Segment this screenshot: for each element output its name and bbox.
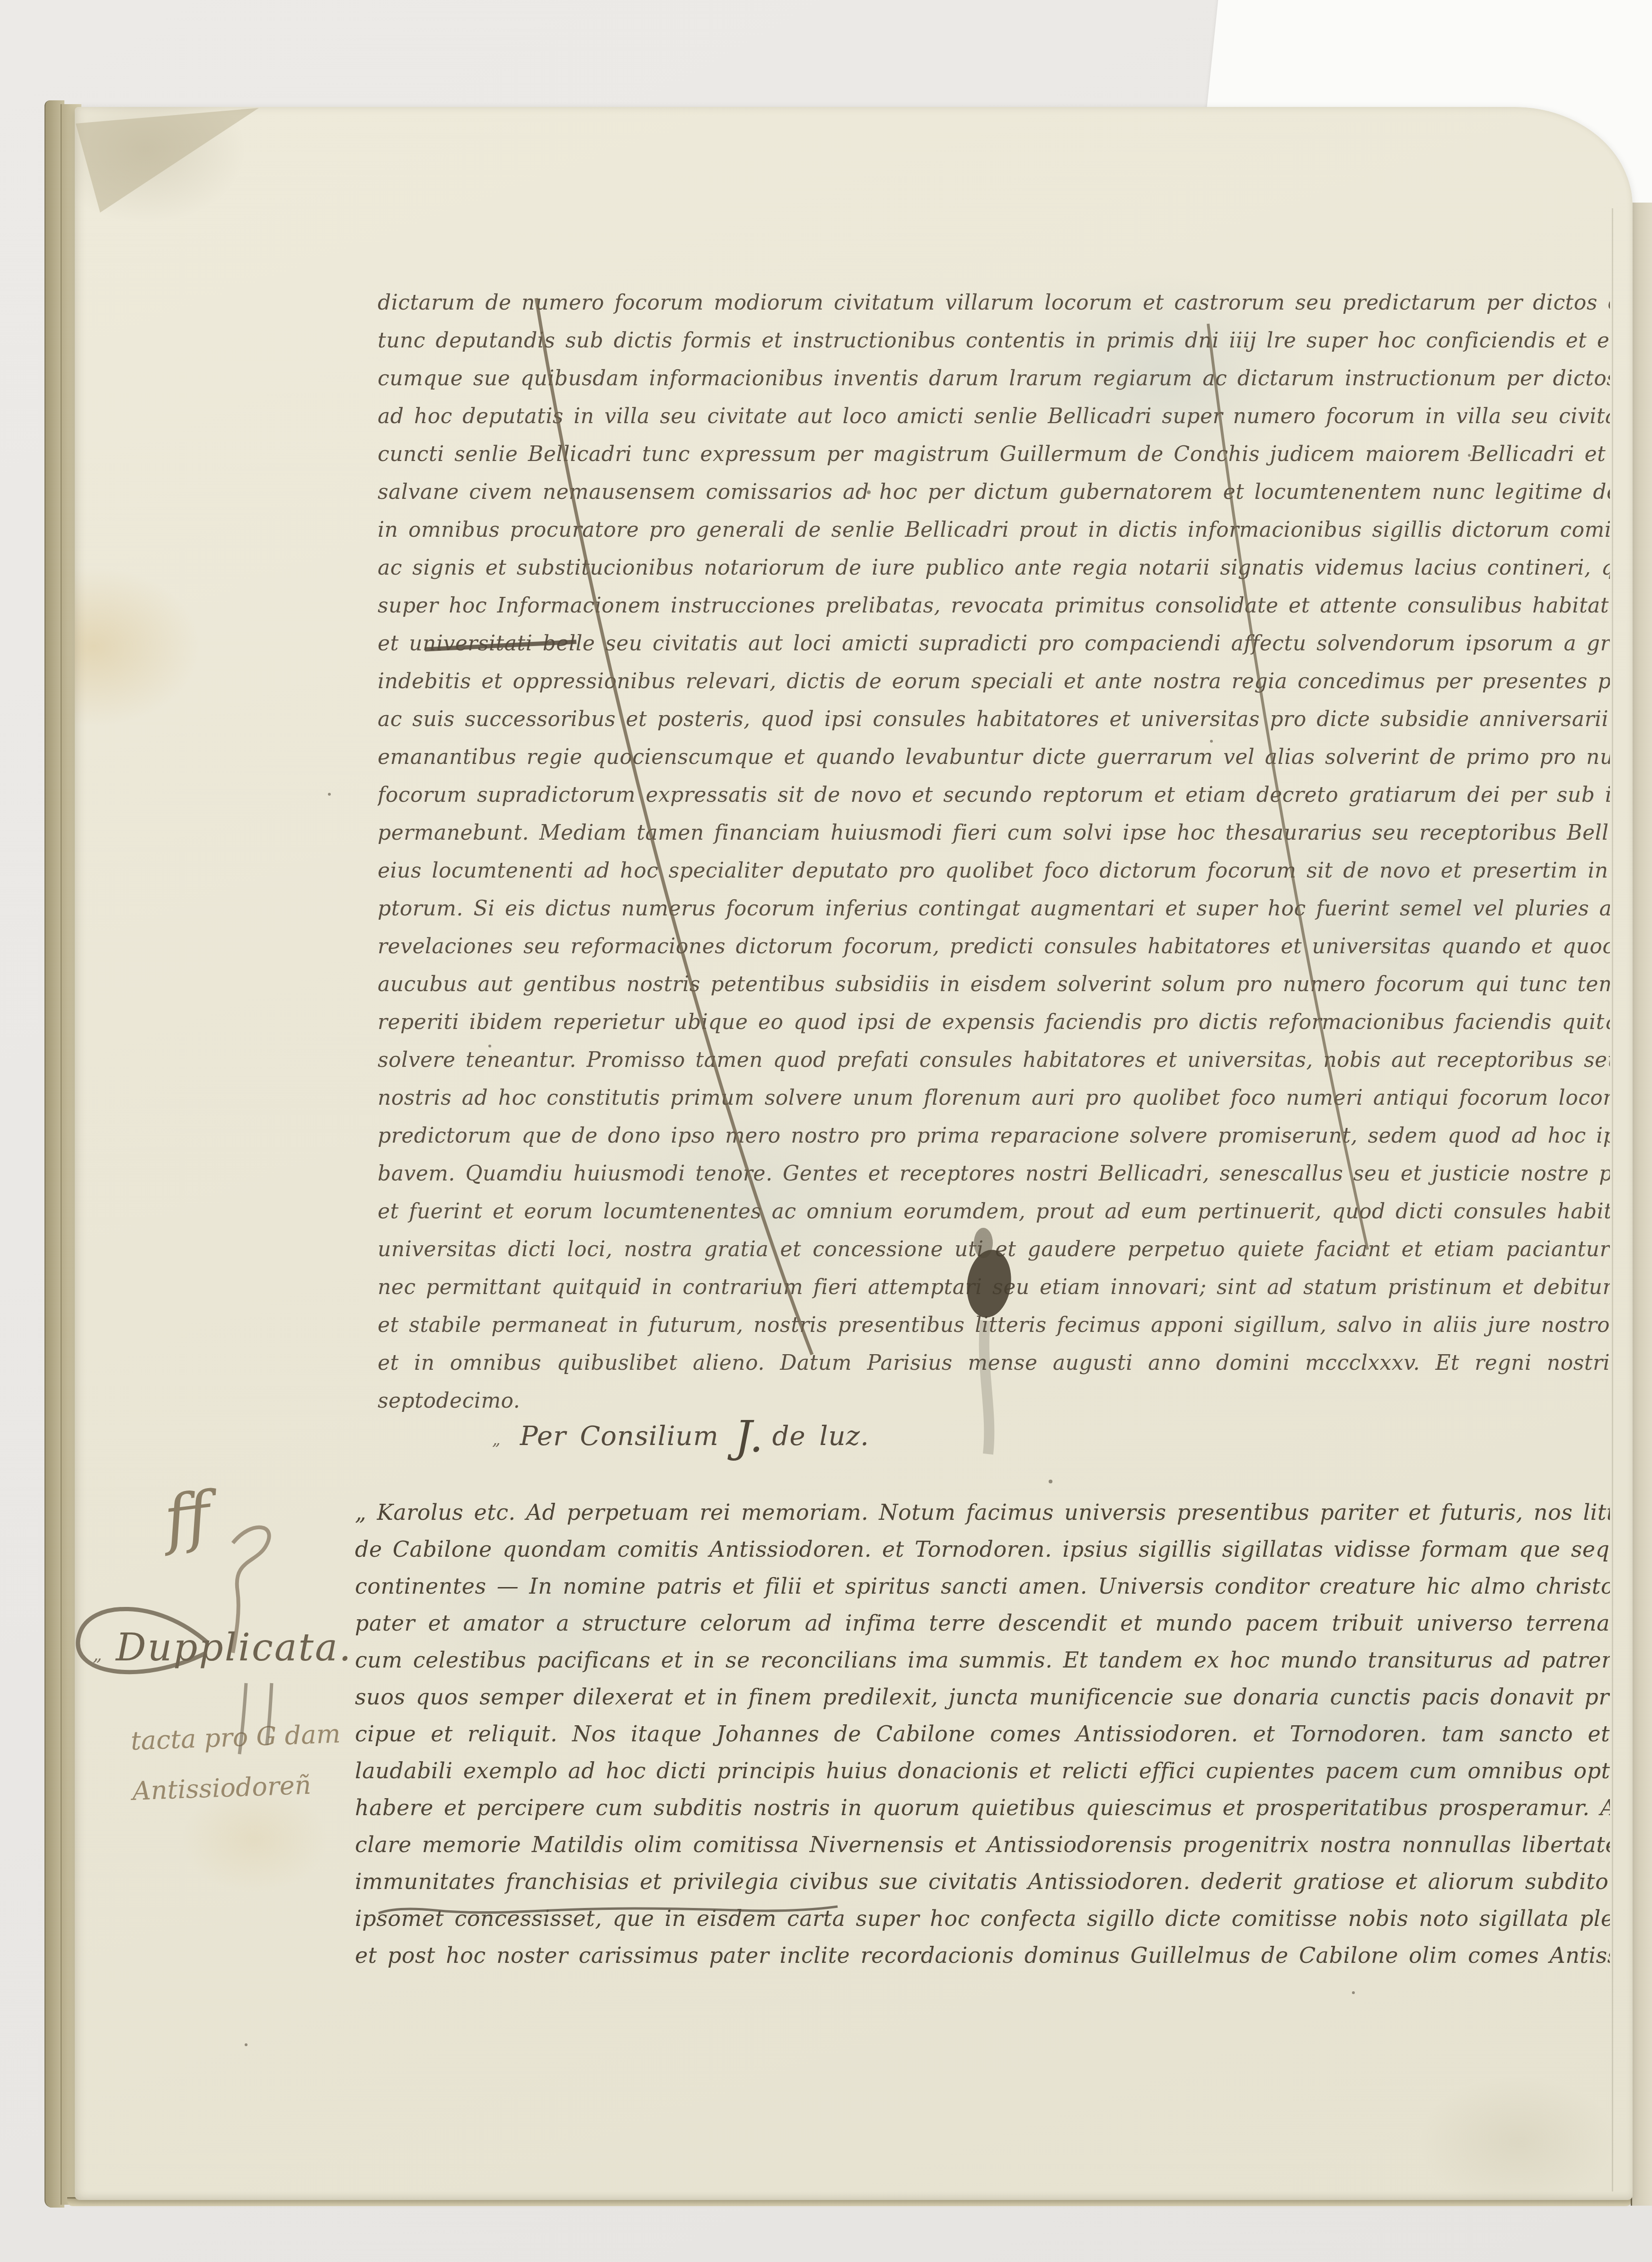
text-line: indebitis et oppressionibus relevari, di… [378,663,1610,701]
text-line: solvere teneantur. Promisso tamen quod p… [378,1041,1610,1079]
subscription-initial: J. [735,1411,764,1462]
text-line: „ Karolus etc. Ad perpetuam rei memoriam… [355,1494,1610,1531]
text-line: permanebunt. Mediam tamen financiam huiu… [378,814,1610,852]
text-line: super hoc Informacionem instrucciones pr… [378,587,1610,625]
vertical-fold-line [1612,208,1613,2191]
text-line: cipue et reliquit. Nos itaque Johannes d… [355,1715,1610,1752]
text-line: ipsomet concessisset, que in eisdem cart… [355,1900,1610,1937]
text-line: et stabile permaneat in futurum, nostris… [378,1306,1610,1344]
text-line: pater et amator a structure celorum ad i… [355,1605,1610,1641]
text-line: et fuerint et eorum locumtenentes ac omn… [378,1193,1610,1231]
text-line: immunitates franchisias et privilegia ci… [355,1863,1610,1900]
text-line: eius locumtenenti ad hoc specialiter dep… [378,852,1610,890]
paragraph-mark: „ [492,1430,501,1449]
text-line: nostris ad hoc constitutis primum solver… [378,1079,1610,1117]
text-line: aucubus aut gentibus nostris petentibus … [378,966,1610,1003]
text-line: et in omnibus quibuslibet alieno. Datum … [378,1344,1610,1382]
margin-note-duplicata-text: Dupplicata. [116,1625,353,1669]
text-line: septodecimo. [378,1382,1610,1420]
text-line: cum celestibus pacificans et in se recon… [355,1641,1610,1678]
main-text-paragraph-2: „ Karolus etc. Ad perpetuam rei memoriam… [355,1494,1610,1974]
text-line: dictarum de numero focorum modiorum civi… [378,284,1610,322]
main-text-paragraph-1: dictarum de numero focorum modiorum civi… [378,284,1610,1420]
text-line: clare memorie Matildis olim comitissa Ni… [355,1826,1610,1863]
text-line: continentes — In nomine patris et filii … [355,1568,1610,1605]
text-line: universitas dicti loci, nostra gratia et… [378,1231,1610,1268]
text-line: de Cabilone quondam comitis Antissiodore… [355,1531,1610,1568]
manuscript-scan: dictarum de numero focorum modiorum civi… [0,0,1652,2262]
text-line: et post hoc noster carissimus pater incl… [355,1937,1610,1974]
text-line: ptorum. Si eis dictus numerus focorum in… [378,890,1610,928]
text-line: bavem. Quamdiu huiusmodi tenore. Gentes … [378,1155,1610,1193]
text-line: et universitati belle seu civitatis aut … [378,625,1610,663]
text-line: cumque sue quibusdam informacionibus inv… [378,360,1610,398]
subscription-right: de luz. [772,1421,869,1452]
text-line: salvane civem nemausensem comissarios ad… [378,473,1610,511]
margin-note-faded-line1: tacta pro G dam [130,1709,341,1766]
text-line: laudabili exemplo ad hoc dicti principis… [355,1752,1610,1789]
text-line: in omnibus procuratore pro generali de s… [378,511,1610,549]
text-line: reperiti ibidem reperietur ubique eo quo… [378,1003,1610,1041]
text-line: ad hoc deputatis in villa seu civitate a… [378,398,1610,435]
margin-note-faded: tacta pro G dam Antissiodoreñ [130,1709,343,1816]
text-line: tunc deputandis sub dictis formis et ins… [378,322,1610,360]
text-line: emanantibus regie quocienscumque et quan… [378,738,1610,776]
text-line: ac signis et substitucionibus notariorum… [378,549,1610,587]
margin-note-prefix-mark: „ [93,1644,104,1665]
text-line: nec permittant quitquid in contrarium fi… [378,1268,1610,1306]
text-line: suos quos semper dilexerat et in finem p… [355,1678,1610,1715]
text-line: ac suis successoribus et posteris, quod … [378,701,1610,738]
margin-note-faded-line2: Antissiodoreñ [132,1759,343,1816]
margin-paraph-mark: ff [160,1478,215,1558]
margin-note-duplicata: „Dupplicata. [93,1625,353,1669]
chancery-subscription: „Per ConsiliumJ.de luz. [492,1421,869,1452]
text-line: revelaciones seu reformaciones dictorum … [378,928,1610,966]
text-line: cuncti senlie Bellicadri tunc expressum … [378,435,1610,473]
text-line: habere et percipere cum subditis nostris… [355,1789,1610,1826]
text-line: focorum supradictorum expressatis sit de… [378,776,1610,814]
facing-leaf-edge [1631,203,1652,2206]
text-line: predictorum que de dono ipso mero nostro… [378,1117,1610,1155]
subscription-left: Per Consilium [520,1421,719,1452]
